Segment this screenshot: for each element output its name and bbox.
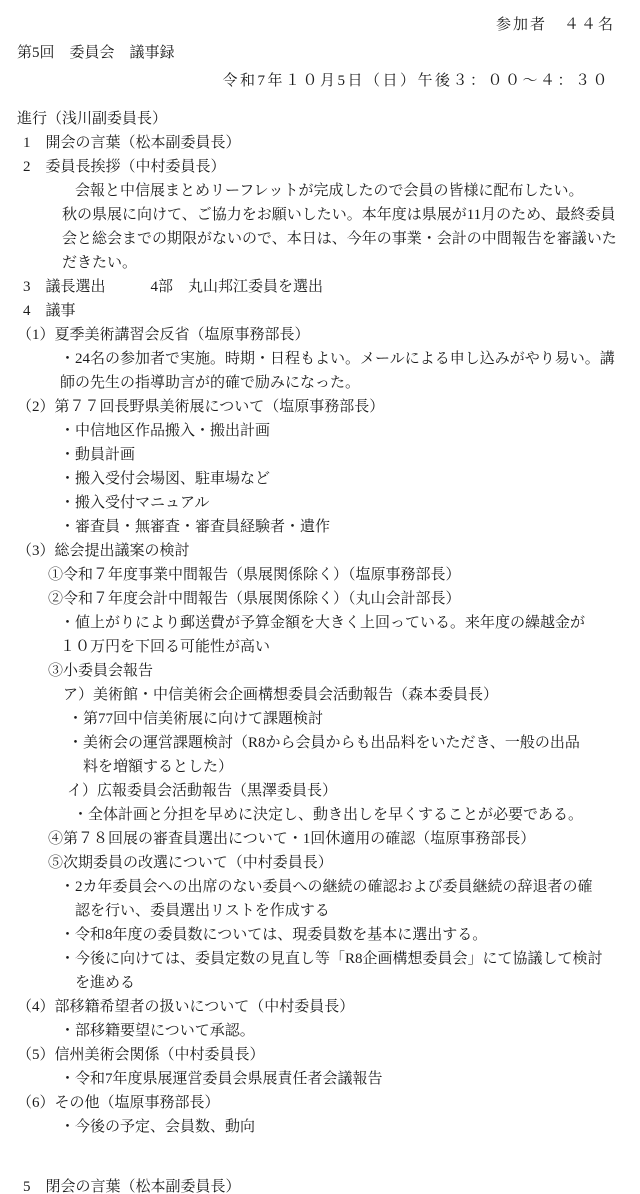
meeting-datetime: 令和7年１０月5日（日）午後３：００～４：３０ — [0, 69, 640, 93]
doc-line: ・2カ年委員会への出席のない委員への継続の確認および委員継続の辞退者の確 — [0, 875, 640, 899]
doc-line: ア）美術館・中信美術会企画構想委員会活動報告（森本委員長） — [0, 683, 640, 707]
doc-line: ・今後に向けては、委員定数の見直し等「R8企画構想委員会」にて協議して検討 — [0, 947, 640, 971]
doc-line: ・審査員・無審査・審査員経験者・遺作 — [0, 515, 640, 539]
doc-line: ・部移籍要望について承認。 — [0, 1019, 640, 1043]
doc-line: （4）部移籍希望者の扱いについて（中村委員長） — [0, 995, 640, 1019]
doc-line: ・搬入受付マニュアル — [0, 491, 640, 515]
doc-line: 2 委員長挨拶（中村委員長） — [0, 155, 640, 179]
doc-line: ②令和７年度会計中間報告（県展関係除く）（丸山会計部長） — [0, 587, 640, 611]
doc-line: ・今後の予定、会員数、動向 — [0, 1115, 640, 1139]
doc-line: 3 議長選出 4部 丸山邦江委員を選出 — [0, 275, 640, 299]
doc-line: 5 閉会の言葉（松本副委員長） — [0, 1151, 640, 1194]
doc-line: １０万円を下回る可能性が高い — [0, 635, 640, 659]
doc-line: ⑤次期委員の改選について（中村委員長） — [0, 851, 640, 875]
doc-line: 秋の県展に向けて、ご協力をお願いしたい。本年度は県展が11月のため、最終委員 — [0, 203, 640, 227]
doc-line: （1）夏季美術講習会反省（塩原事務部長） — [0, 323, 640, 347]
doc-line: ・中信地区作品搬入・搬出計画 — [0, 419, 640, 443]
doc-line: ・美術会の運営課題検討（R8から会員からも出品料をいただき、一般の出品 — [0, 731, 640, 755]
doc-line: 4 議事 — [0, 299, 640, 323]
doc-line: ・令和8年度の委員数については、現委員数を基本に選出する。 — [0, 923, 640, 947]
doc-line: ・第77回中信美術展に向けて課題検討 — [0, 707, 640, 731]
doc-line: ③小委員会報告 — [0, 659, 640, 683]
doc-line: イ）広報委員会活動報告（黒澤委員長） — [0, 779, 640, 803]
doc-line: ・全体計画と分担を早めに決定し、動き出しを早くすることが必要である。 — [0, 803, 640, 827]
doc-line: ・搬入受付会場図、駐車場など — [0, 467, 640, 491]
doc-line: ④第７８回展の審査員選出について・1回休適用の確認（塩原事務部長） — [0, 827, 640, 851]
doc-line: 会と総会までの期限がないので、本日は、今年の事業・会計の中間報告を審議いた — [0, 227, 640, 251]
doc-line: （6）その他（塩原事務部長） — [0, 1091, 640, 1115]
doc-line: ・令和7年度県展運営委員会県展責任者会議報告 — [0, 1067, 640, 1091]
doc-line: 認を行い、委員選出リストを作成する — [0, 899, 640, 923]
doc-line: ①令和７年度事業中間報告（県展関係除く）（塩原事務部長） — [0, 563, 640, 587]
participants-count: 参加者 ４４名 — [0, 13, 640, 37]
doc-line: （5）信州美術会関係（中村委員長） — [0, 1043, 640, 1067]
doc-line: 1 開会の言葉（松本副委員長） — [0, 131, 640, 155]
doc-line: （2）第７７回長野県美術展について（塩原事務部長） — [0, 395, 640, 419]
page-title: 第5回 委員会 議事録 — [0, 41, 640, 65]
doc-line: 会報と中信展まとめリーフレットが完成したので会員の皆様に配布したい。 — [0, 179, 640, 203]
doc-line: 料を増額するとした） — [0, 755, 640, 779]
doc-line: 進行（浅川副委員長） — [0, 107, 640, 131]
doc-line: ・動員計画 — [0, 443, 640, 467]
doc-line: 師の先生の指導助言が的確で励みになった。 — [0, 371, 640, 395]
doc-line: ・24名の参加者で実施。時期・日程もよい。メールによる申し込みがやり易い。講 — [0, 347, 640, 371]
doc-line: だきたい。 — [0, 251, 640, 275]
meeting-minutes-page: 参加者 ４４名 第5回 委員会 議事録 令和7年１０月5日（日）午後３：００～４… — [0, 0, 640, 1194]
doc-line: を進める — [0, 971, 640, 995]
doc-line: （3）総会提出議案の検討 — [0, 539, 640, 563]
doc-line: ・値上がりにより郵送費が予算金額を大きく上回っている。来年度の繰越金が — [0, 611, 640, 635]
document-body: 進行（浅川副委員長）1 開会の言葉（松本副委員長）2 委員長挨拶（中村委員長）会… — [0, 107, 640, 1194]
